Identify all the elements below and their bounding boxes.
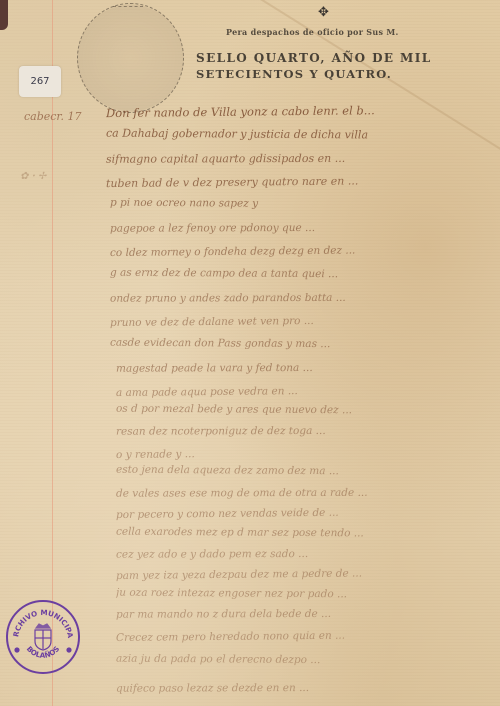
stamp-title-line-1: SELLO QUARTO, AÑO DE MIL <box>196 51 432 65</box>
margin-note: cabecr. 17 <box>24 110 81 123</box>
archive-stamp: ARCHIVO MUNICIPAL BOLAÑOS <box>6 600 80 674</box>
seal-top-mark <box>113 0 143 7</box>
stamp-title-line-2: SETECIENTOS Y QUATRO. <box>196 67 392 81</box>
svg-text:ARCHIVO MUNICIPAL: ARCHIVO MUNICIPAL <box>6 600 75 639</box>
handwritten-line: cez yez ado e y dado pem ez sado ... <box>116 547 500 560</box>
handwritten-line: ca Dahabaj gobernador y justicia de dich… <box>106 127 500 143</box>
handwritten-line: quifeco paso lezaz se dezde en en ... <box>116 681 500 694</box>
handwritten-line: resan dez ncoterponiguz de dez toga ... <box>116 424 500 437</box>
handwritten-line: pagepoe a lez fenoy ore pdonoy que ... <box>110 221 500 234</box>
faint-margin-sketch: ✿ ꞏ ✢ <box>20 168 46 182</box>
handwritten-line: ondez pruno y andes zado parandos batta … <box>110 291 500 304</box>
ornament-cross-icon: ✥ <box>318 5 329 20</box>
corner-shadow <box>0 0 8 30</box>
archive-stamp-graphic: ARCHIVO MUNICIPAL BOLAÑOS <box>6 600 80 674</box>
handwritten-line: sifmagno capital aquarto gdissipados en … <box>106 151 500 165</box>
catalog-label: 267 <box>19 66 61 97</box>
embossed-seal <box>77 3 184 113</box>
handwritten-line: de vales ases ese mog de oma de otra a r… <box>116 486 500 499</box>
stamp-subtitle: Pera despachos de oficio por Sus M. <box>226 27 399 37</box>
handwritten-line: magestad peade la vara y fed tona ... <box>116 361 500 374</box>
coat-of-arms-icon <box>35 624 51 650</box>
handwritten-line: par ma mando no z dura dela bede de ... <box>116 607 500 620</box>
